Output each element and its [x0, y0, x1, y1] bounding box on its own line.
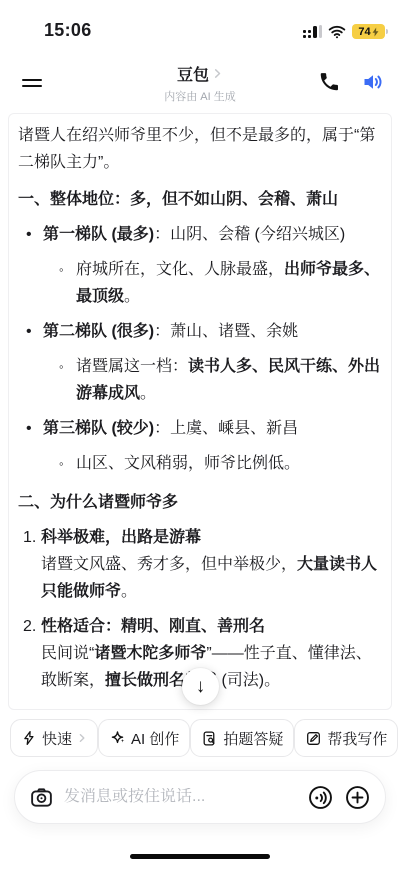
list-item-tier-3: • 第三梯队 (较少)：上虞、嵊县、新昌: [18, 415, 382, 442]
bullet-marker: •: [18, 415, 43, 442]
bullet-marker: •: [18, 221, 43, 248]
message-input[interactable]: [64, 788, 297, 806]
arrow-down-icon: ↓: [196, 676, 206, 698]
answer-intro: 诸暨人在绍兴师爷里不少，但不是最多的，属于“第二梯队主力”。: [18, 122, 382, 176]
chevron-right-icon: [77, 733, 87, 743]
speaker-icon[interactable]: [360, 69, 386, 95]
status-time: 15:06: [44, 20, 92, 41]
reason-2-title: 性格适合：精明、刚直、善刑名: [41, 613, 382, 640]
message-input-bar: [14, 770, 386, 824]
plus-icon[interactable]: [344, 784, 371, 811]
list-item-tier-3-detail: ◦ 山区、文风稍弱，师爷比例低。: [51, 450, 382, 477]
status-bar: 15:06 74: [0, 0, 400, 54]
battery-percent: 74: [358, 26, 370, 38]
sub-bullet-marker: ◦: [51, 256, 76, 310]
quick-action-label: 拍题答疑: [223, 728, 283, 749]
page-title: 豆包: [177, 62, 209, 85]
write-icon: [305, 730, 322, 747]
app-header: 豆包 内容由 AI 生成: [0, 54, 400, 112]
cellular-signal-icon: [303, 25, 322, 38]
photo-question-icon: [201, 730, 218, 747]
charging-bolt-icon: [372, 27, 379, 37]
list-item-tier-2: • 第二梯队 (很多)：萧山、诸暨、余姚: [18, 318, 382, 345]
ai-answer-card: 诸暨人在绍兴师爷里不少，但不是最多的，属于“第二梯队主力”。 一、整体地位：多，…: [8, 113, 392, 710]
sparkle-icon: [109, 730, 126, 747]
chevron-right-icon: [212, 68, 223, 79]
quick-action-ai-create[interactable]: AI 创作: [98, 719, 190, 757]
bullet-marker: •: [18, 318, 43, 345]
sub-bullet-marker: ◦: [51, 450, 76, 477]
quick-action-label: 帮我写作: [327, 728, 387, 749]
number-marker: 1.: [18, 524, 41, 605]
lightning-icon: [21, 730, 37, 746]
numbered-item-1: 1. 科举极难，出路是游幕 诸暨文风盛、秀才多，但中举极少，大量读书人只能做师爷…: [18, 524, 382, 605]
reason-1-title: 科举极难，出路是游幕: [41, 524, 382, 551]
voice-wave-icon[interactable]: [307, 784, 334, 811]
quick-action-label: 快速: [42, 728, 72, 749]
scroll-to-bottom-button[interactable]: ↓: [182, 668, 219, 705]
quick-action-label: AI 创作: [131, 728, 179, 749]
phone-call-icon[interactable]: [316, 69, 342, 95]
list-item-tier-1: • 第一梯队 (最多)：山阴、会稽 (今绍兴城区): [18, 221, 382, 248]
camera-icon[interactable]: [29, 785, 54, 810]
list-item-tier-1-detail: ◦ 府城所在，文化、人脉最盛，出师爷最多、最顶级。: [51, 256, 382, 310]
battery-icon: 74: [352, 24, 388, 39]
quick-actions-bar: 快速 AI 创作 拍题答疑 帮我写作: [0, 719, 400, 757]
reason-1-body: 诸暨文风盛、秀才多，但中举极少，大量读书人只能做师爷。: [41, 551, 382, 605]
section-2-heading: 二、为什么诸暨师爷多: [18, 489, 382, 516]
quick-action-help-write[interactable]: 帮我写作: [294, 719, 398, 757]
number-marker: 2.: [18, 613, 41, 694]
quick-action-fast[interactable]: 快速: [10, 719, 98, 757]
quick-action-photo-question[interactable]: 拍题答疑: [190, 719, 294, 757]
wifi-icon: [328, 25, 346, 39]
home-indicator[interactable]: [130, 854, 270, 859]
list-item-tier-2-detail: ◦ 诸暨属这一档：读书人多、民风干练、外出游幕成风。: [51, 353, 382, 407]
sub-bullet-marker: ◦: [51, 353, 76, 407]
section-1-heading: 一、整体地位：多，但不如山阴、会稽、萧山: [18, 186, 382, 213]
